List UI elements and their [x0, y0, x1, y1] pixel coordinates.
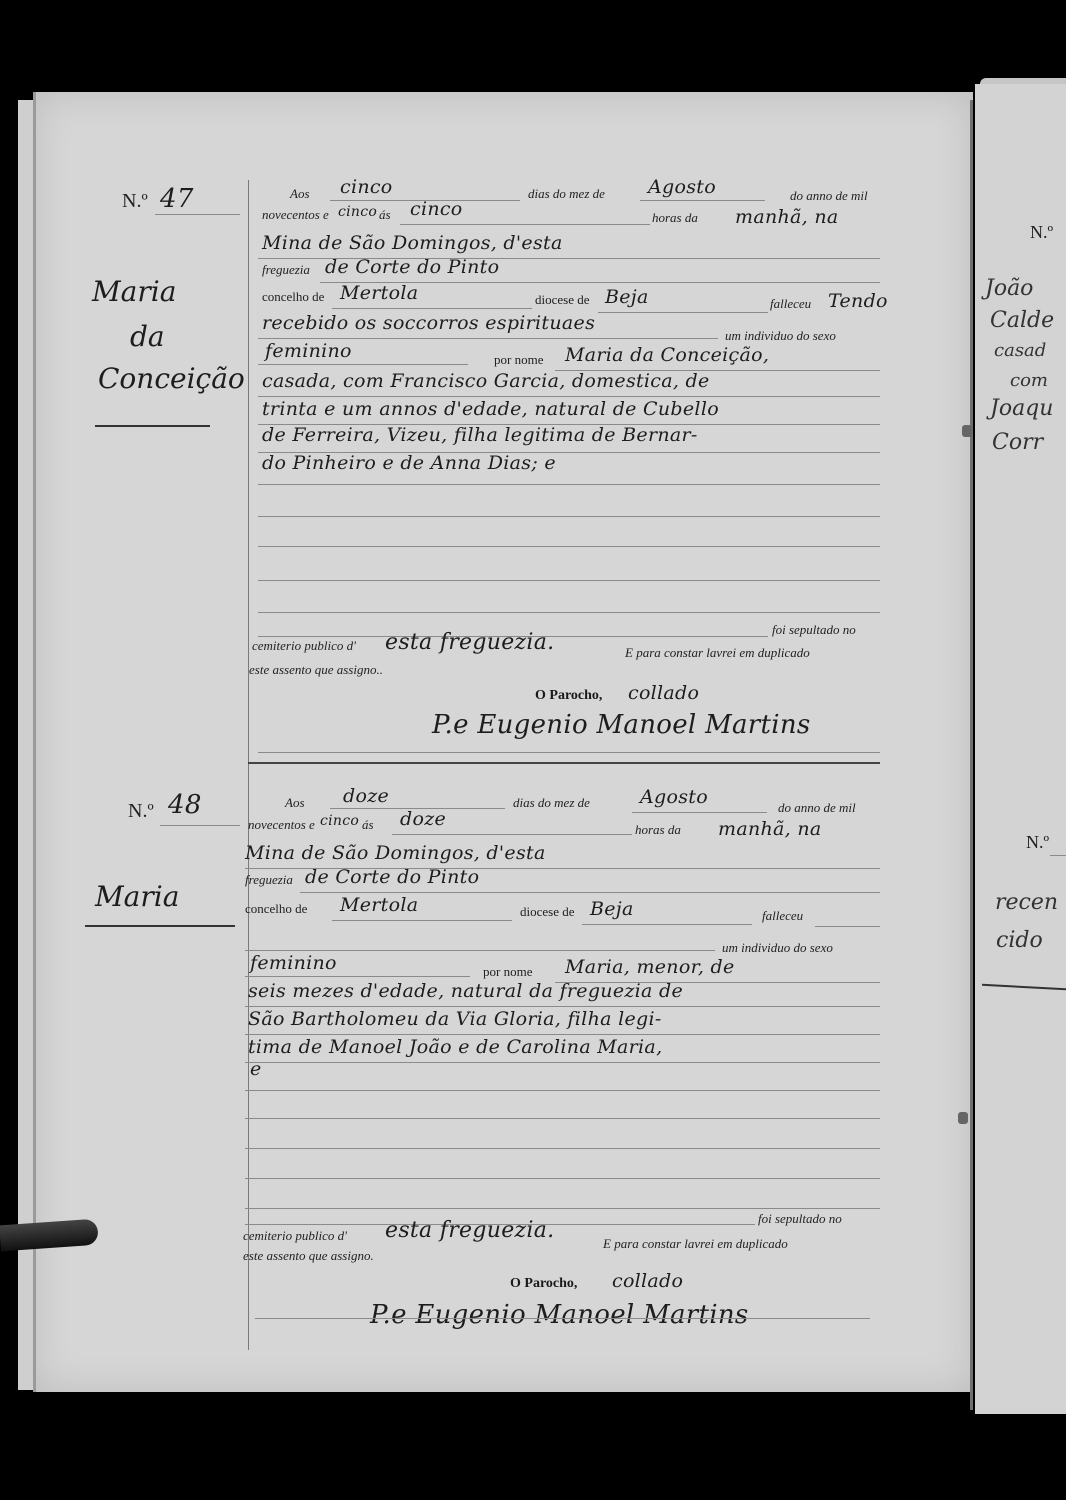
field-diocese: Beja	[605, 286, 649, 308]
field-dia: doze	[343, 785, 389, 807]
field-sexo: feminino	[250, 952, 337, 974]
field-dia: cinco	[340, 176, 393, 198]
field-freguezia: de Corte do Pinto	[305, 866, 479, 888]
field-periodo: manhã, na	[735, 206, 839, 228]
field-anno: cinco	[338, 204, 377, 220]
entry-separator	[248, 762, 880, 764]
margin-name-line: da	[130, 320, 165, 353]
field-hora: doze	[400, 808, 446, 830]
entry-number: 48	[168, 790, 202, 820]
margin-name-line: Maria	[95, 880, 179, 913]
page-edge	[33, 92, 36, 1392]
field-mes: Agosto	[640, 786, 708, 808]
signature: P.e Eugenio Manoel Martins	[432, 710, 811, 740]
field-local: Mina de São Domingos, d'esta	[262, 232, 563, 254]
field-sacramentos: recebido os soccorros espirituaes	[262, 312, 595, 334]
entry-number: 47	[160, 184, 194, 214]
margin-rule	[248, 180, 249, 1350]
signature: P.e Eugenio Manoel Martins	[370, 1300, 749, 1330]
margin-name-line: Maria	[92, 275, 176, 308]
field-mes: Agosto	[648, 176, 716, 198]
binding-clip	[958, 1112, 968, 1124]
parocho-label: O Parocho,	[535, 688, 602, 704]
field-cemiterio: esta freguezia.	[385, 1218, 554, 1243]
parocho-label: O Parocho,	[510, 1276, 577, 1292]
field-periodo: manhã, na	[718, 818, 822, 840]
field-diocese: Beja	[590, 898, 634, 920]
field-local: Mina de São Domingos, d'esta	[245, 842, 546, 864]
field-sexo: feminino	[265, 340, 352, 362]
book-spine	[970, 100, 973, 1410]
field-concelho: Mertola	[340, 894, 418, 916]
field-nome: Maria, menor, de	[565, 956, 735, 978]
margin-name-line: Conceição	[98, 362, 245, 395]
entry-number-label: N.º	[128, 800, 154, 823]
binding-clip	[962, 425, 972, 437]
field-freguezia: de Corte do Pinto	[325, 256, 499, 278]
field-anno: cinco	[320, 813, 359, 829]
field-nome: Maria da Conceição,	[565, 344, 769, 366]
entry-number-label: N.º	[122, 190, 148, 213]
field-hora: cinco	[410, 198, 463, 220]
field-concelho: Mertola	[340, 282, 418, 304]
field-cemiterio: esta freguezia.	[385, 630, 554, 655]
